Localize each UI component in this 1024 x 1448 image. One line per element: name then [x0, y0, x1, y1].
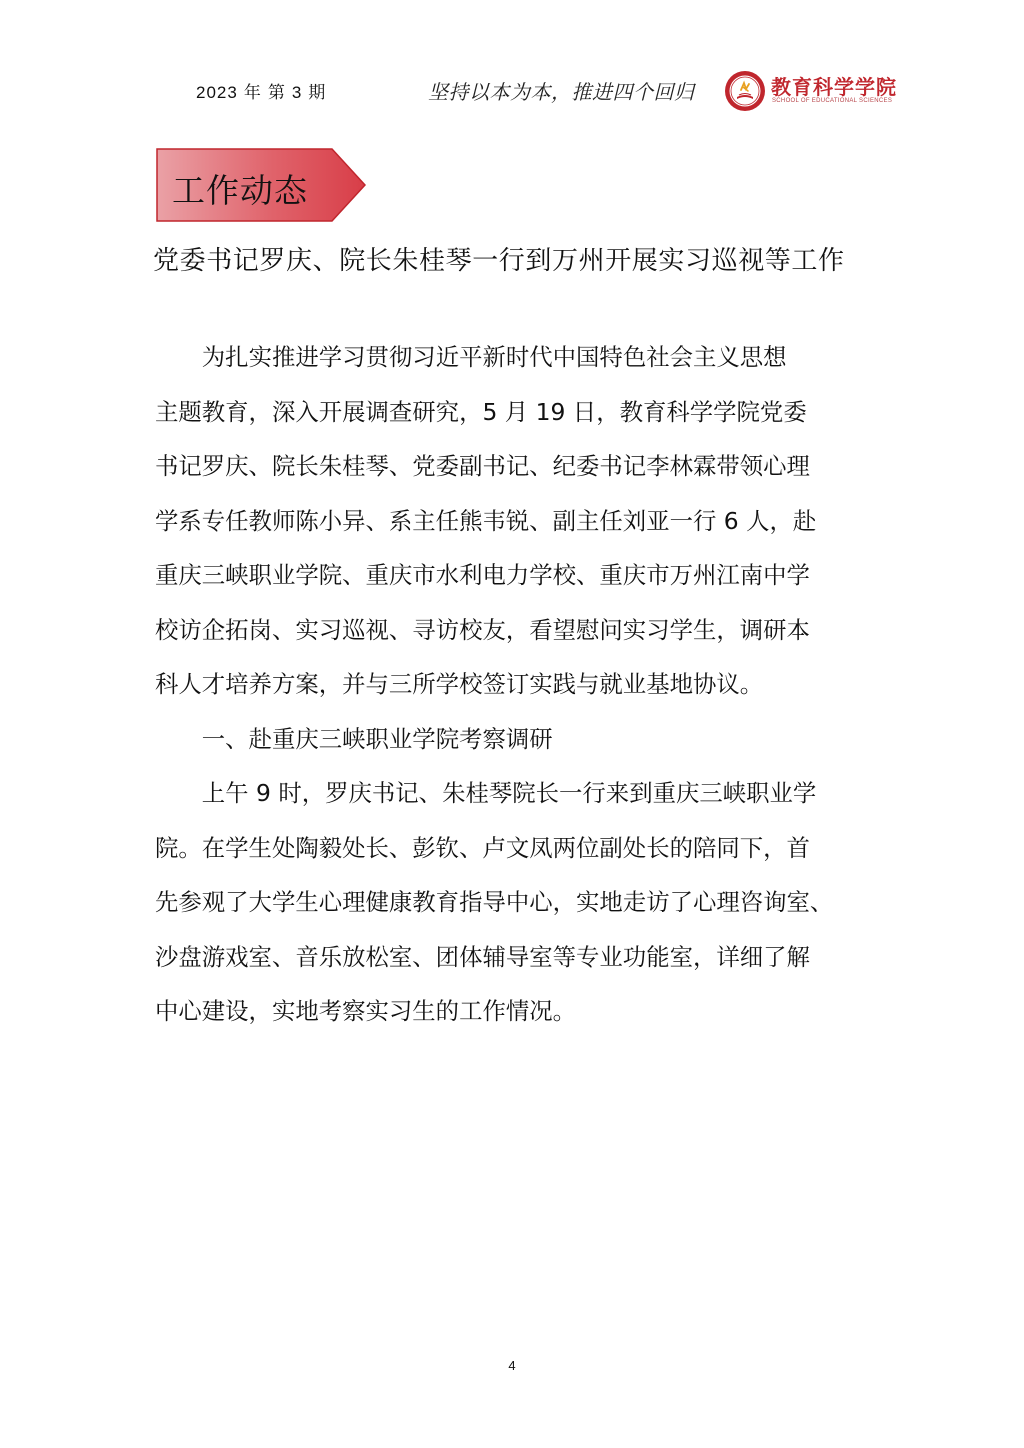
text-line: 科人才培养方案，并与三所学校签订实践与就业基地协议。: [155, 657, 875, 712]
article-title: 党委书记罗庆、院长朱桂琴一行到万州开展实习巡视等工作: [153, 240, 845, 277]
page-number: 4: [0, 1358, 1024, 1373]
text-line: 学系专任教师陈小异、系主任熊韦锐、副主任刘亚一行 6 人，赴: [155, 494, 875, 549]
section-tag: 工作动态: [156, 148, 366, 222]
issue-year-unit: 年: [244, 83, 262, 102]
text-line: 书记罗庆、院长朱桂琴、党委副书记、纪委书记李林霖带领心理: [155, 439, 875, 494]
text-line: 先参观了大学生心理健康教育指导中心，实地走访了心理咨询室、: [155, 875, 875, 930]
text-line: 院。在学生处陶毅处长、彭钦、卢文凤两位副处长的陪同下，首: [155, 821, 875, 876]
text-line: 中心建设，实地考察实习生的工作情况。: [155, 984, 875, 1039]
issue-year: 2023: [196, 83, 238, 102]
issue-unit: 期: [308, 83, 326, 102]
school-logo: 教育科学学院 SCHOOL OF EDUCATIONAL SCIENCES: [724, 68, 904, 113]
section-heading: 一、赴重庆三峡职业学院考察调研: [155, 712, 875, 767]
text-line: 为扎实推进学习贯彻习近平新时代中国特色社会主义思想: [155, 330, 875, 385]
article-body: 为扎实推进学习贯彻习近平新时代中国特色社会主义思想 主题教育，深入开展调查研究，…: [155, 330, 875, 1039]
issue-info: 2023年第3期: [196, 78, 332, 103]
section-tag-label: 工作动态: [172, 165, 308, 212]
text-line: 一、赴重庆三峡职业学院考察调研: [155, 712, 875, 767]
paragraph-visit: 上午 9 时，罗庆书记、朱桂琴院长一行来到重庆三峡职业学 院。在学生处陶毅处长、…: [155, 766, 875, 1039]
text-line: 上午 9 时，罗庆书记、朱桂琴院长一行来到重庆三峡职业学: [155, 766, 875, 821]
text-line: 沙盘游戏室、音乐放松室、团体辅导室等专业功能室，详细了解: [155, 930, 875, 985]
school-name-english: SCHOOL OF EDUCATIONAL SCIENCES: [772, 98, 892, 104]
text-line: 重庆三峡职业学院、重庆市水利电力学校、重庆市万州江南中学: [155, 548, 875, 603]
issue-number: 3: [292, 83, 302, 102]
text-line: 校访企拓岗、实习巡视、寻访校友，看望慰问实习学生，调研本: [155, 603, 875, 658]
school-name: 教育科学学院: [771, 71, 897, 100]
issue-prefix: 第: [268, 83, 286, 102]
paragraph-intro: 为扎实推进学习贯彻习近平新时代中国特色社会主义思想 主题教育，深入开展调查研究，…: [155, 330, 875, 712]
page-header: 2023年第3期 坚持以本为本，推进四个回归 教育科学学院 SCHOOL OF …: [0, 68, 1024, 113]
school-emblem-icon: [724, 70, 766, 112]
header-slogan: 坚持以本为本，推进四个回归: [428, 76, 695, 105]
text-line: 主题教育，深入开展调查研究，5 月 19 日，教育科学学院党委: [155, 385, 875, 440]
